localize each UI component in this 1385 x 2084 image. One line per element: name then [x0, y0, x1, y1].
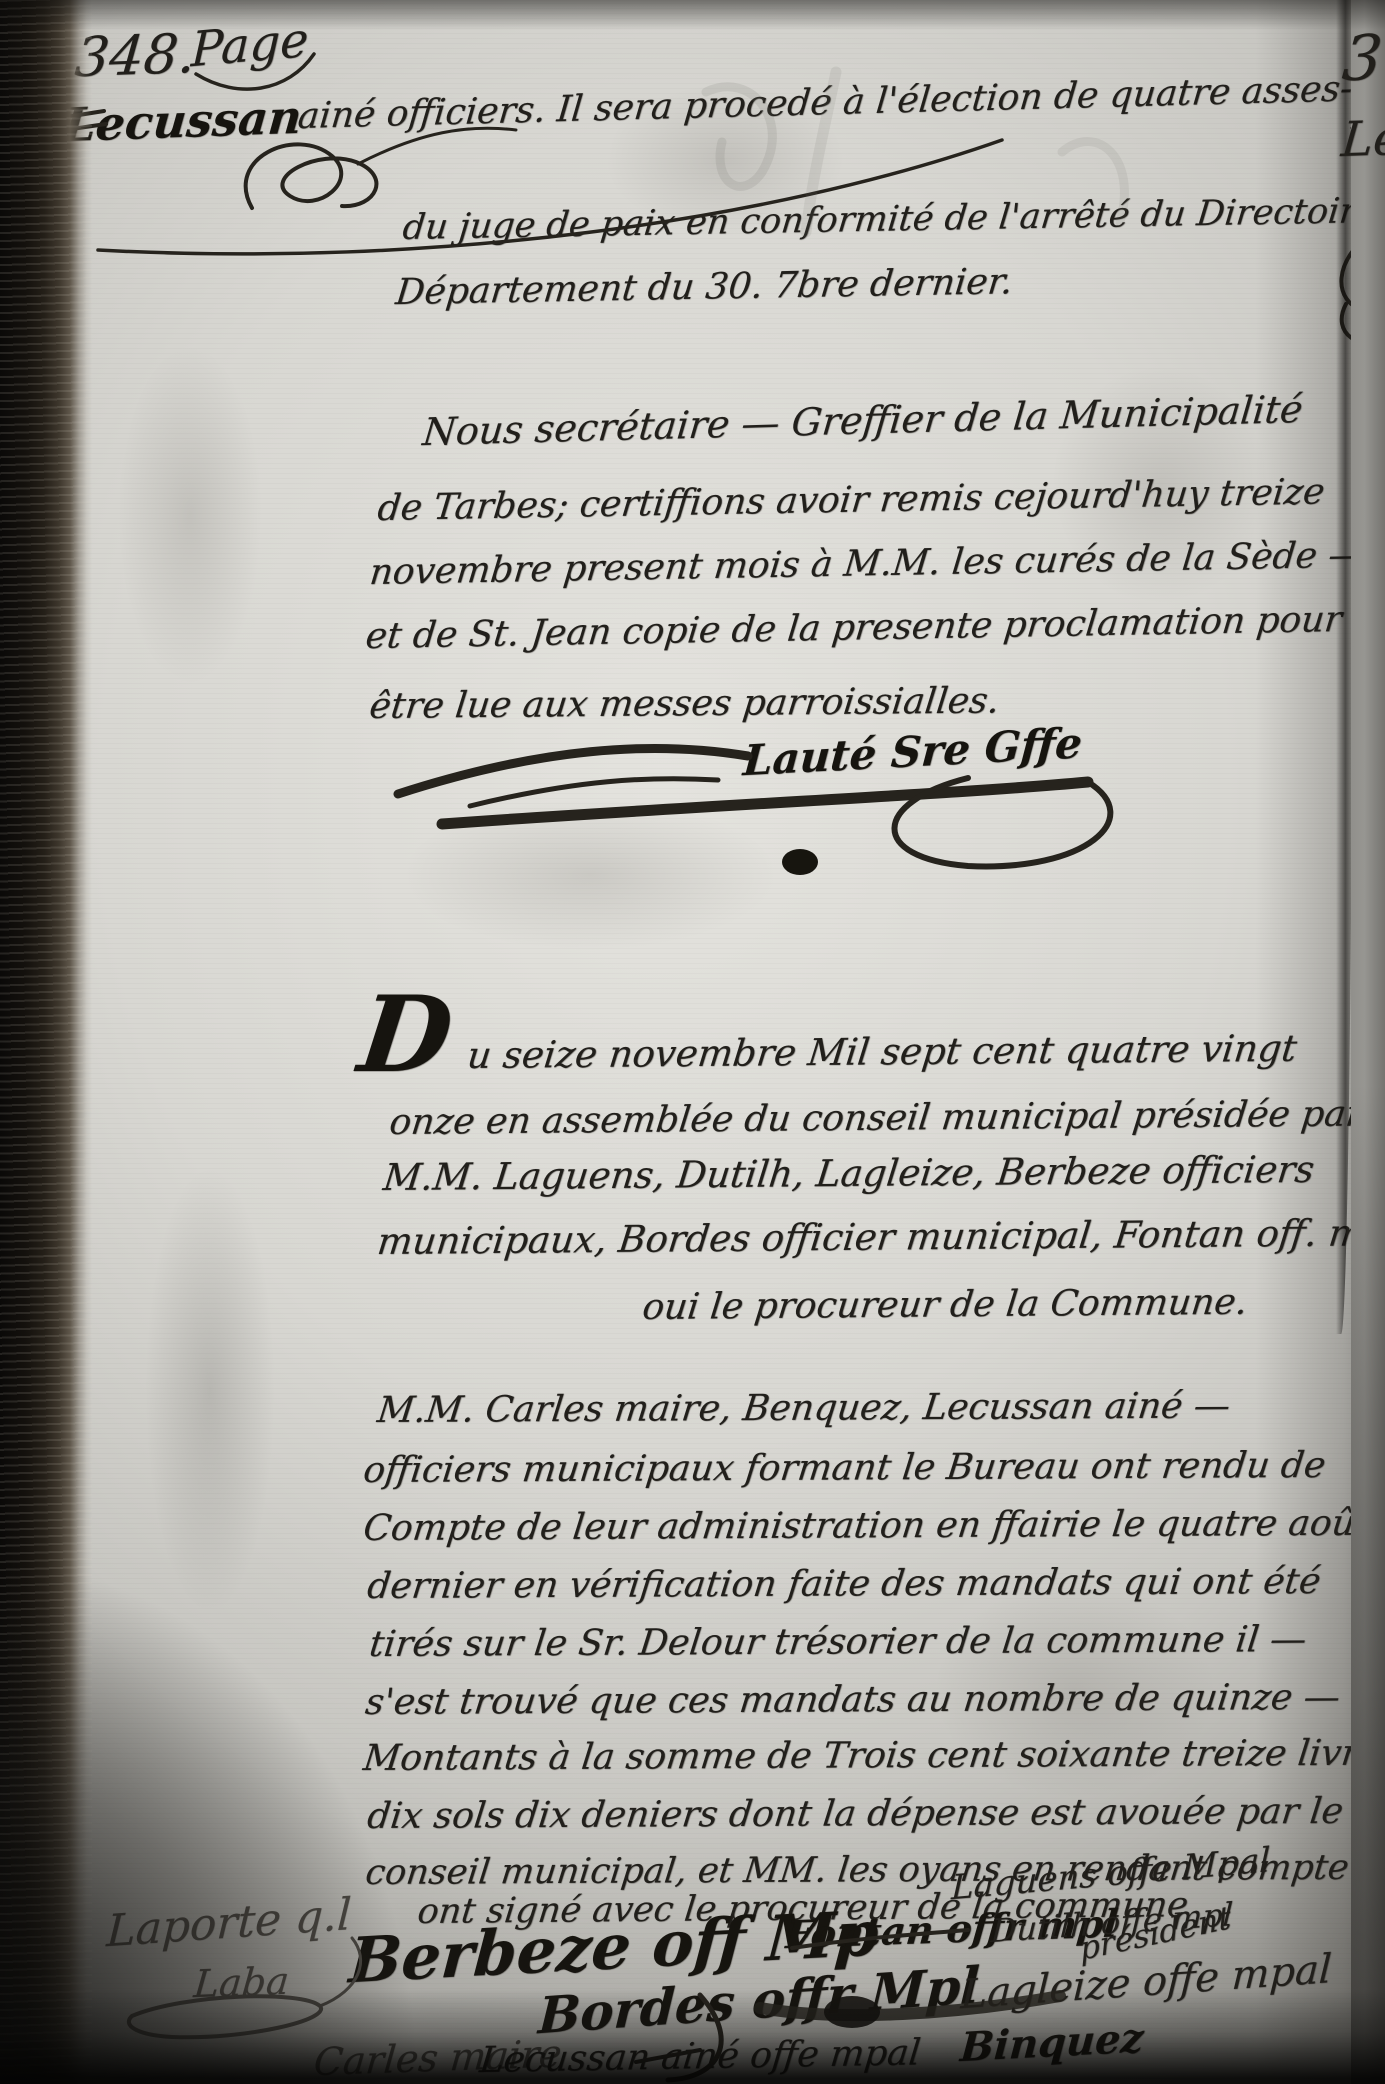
account-line: M.M. Carles maire, Benquez, Lecussan ain… — [375, 1386, 1232, 1431]
manuscript-scan: 348. Page Lecussan ainé officiers. Il se… — [0, 0, 1385, 2084]
next-page-sliver — [1351, 0, 1385, 2084]
session-line: onze en assemblée du conseil municipal p… — [387, 1094, 1365, 1144]
session-line: oui le procureur de la Commune. — [640, 1282, 1249, 1328]
book-spine — [0, 0, 92, 2084]
margin-heading: Lecussan — [61, 90, 304, 153]
session-line: u seize novembre Mil sept cent quatre vi… — [465, 1027, 1299, 1077]
next-page-fragment-top: 3 — [1340, 21, 1385, 96]
certification-line: être lue aux messes parroissialles. — [367, 681, 1001, 728]
session-line: municipaux, Bordes officier municipal, F… — [375, 1211, 1385, 1263]
signature-lecussan: Lecussan ainé offe mpal — [478, 2032, 923, 2081]
next-page-fragment-mid: Le — [1339, 110, 1385, 168]
signature-binquez: Binquez — [959, 2014, 1145, 2071]
account-line: dix sols dix deniers dont la dépense est… — [365, 1791, 1345, 1837]
session-line: M.M. Laguens, Dutilh, Lagleize, Berbeze … — [381, 1148, 1316, 1199]
page-number-word: Page — [190, 12, 309, 79]
account-line: s'est trouvé que ces mandats au nombre d… — [363, 1677, 1342, 1723]
session-drop-cap: D — [353, 972, 459, 1096]
signature-laba: Laba — [192, 1959, 291, 2006]
account-line: tirés sur le Sr. Delour trésorier de la … — [367, 1619, 1309, 1665]
account-line: dernier en vérification faite des mandat… — [365, 1561, 1323, 1607]
account-line: Montants à la somme de Trois cent soixan… — [361, 1733, 1385, 1779]
account-line: officiers municipaux formant le Bureau o… — [361, 1445, 1328, 1491]
account-line: Compte de leur administration en ffairie… — [361, 1503, 1372, 1549]
